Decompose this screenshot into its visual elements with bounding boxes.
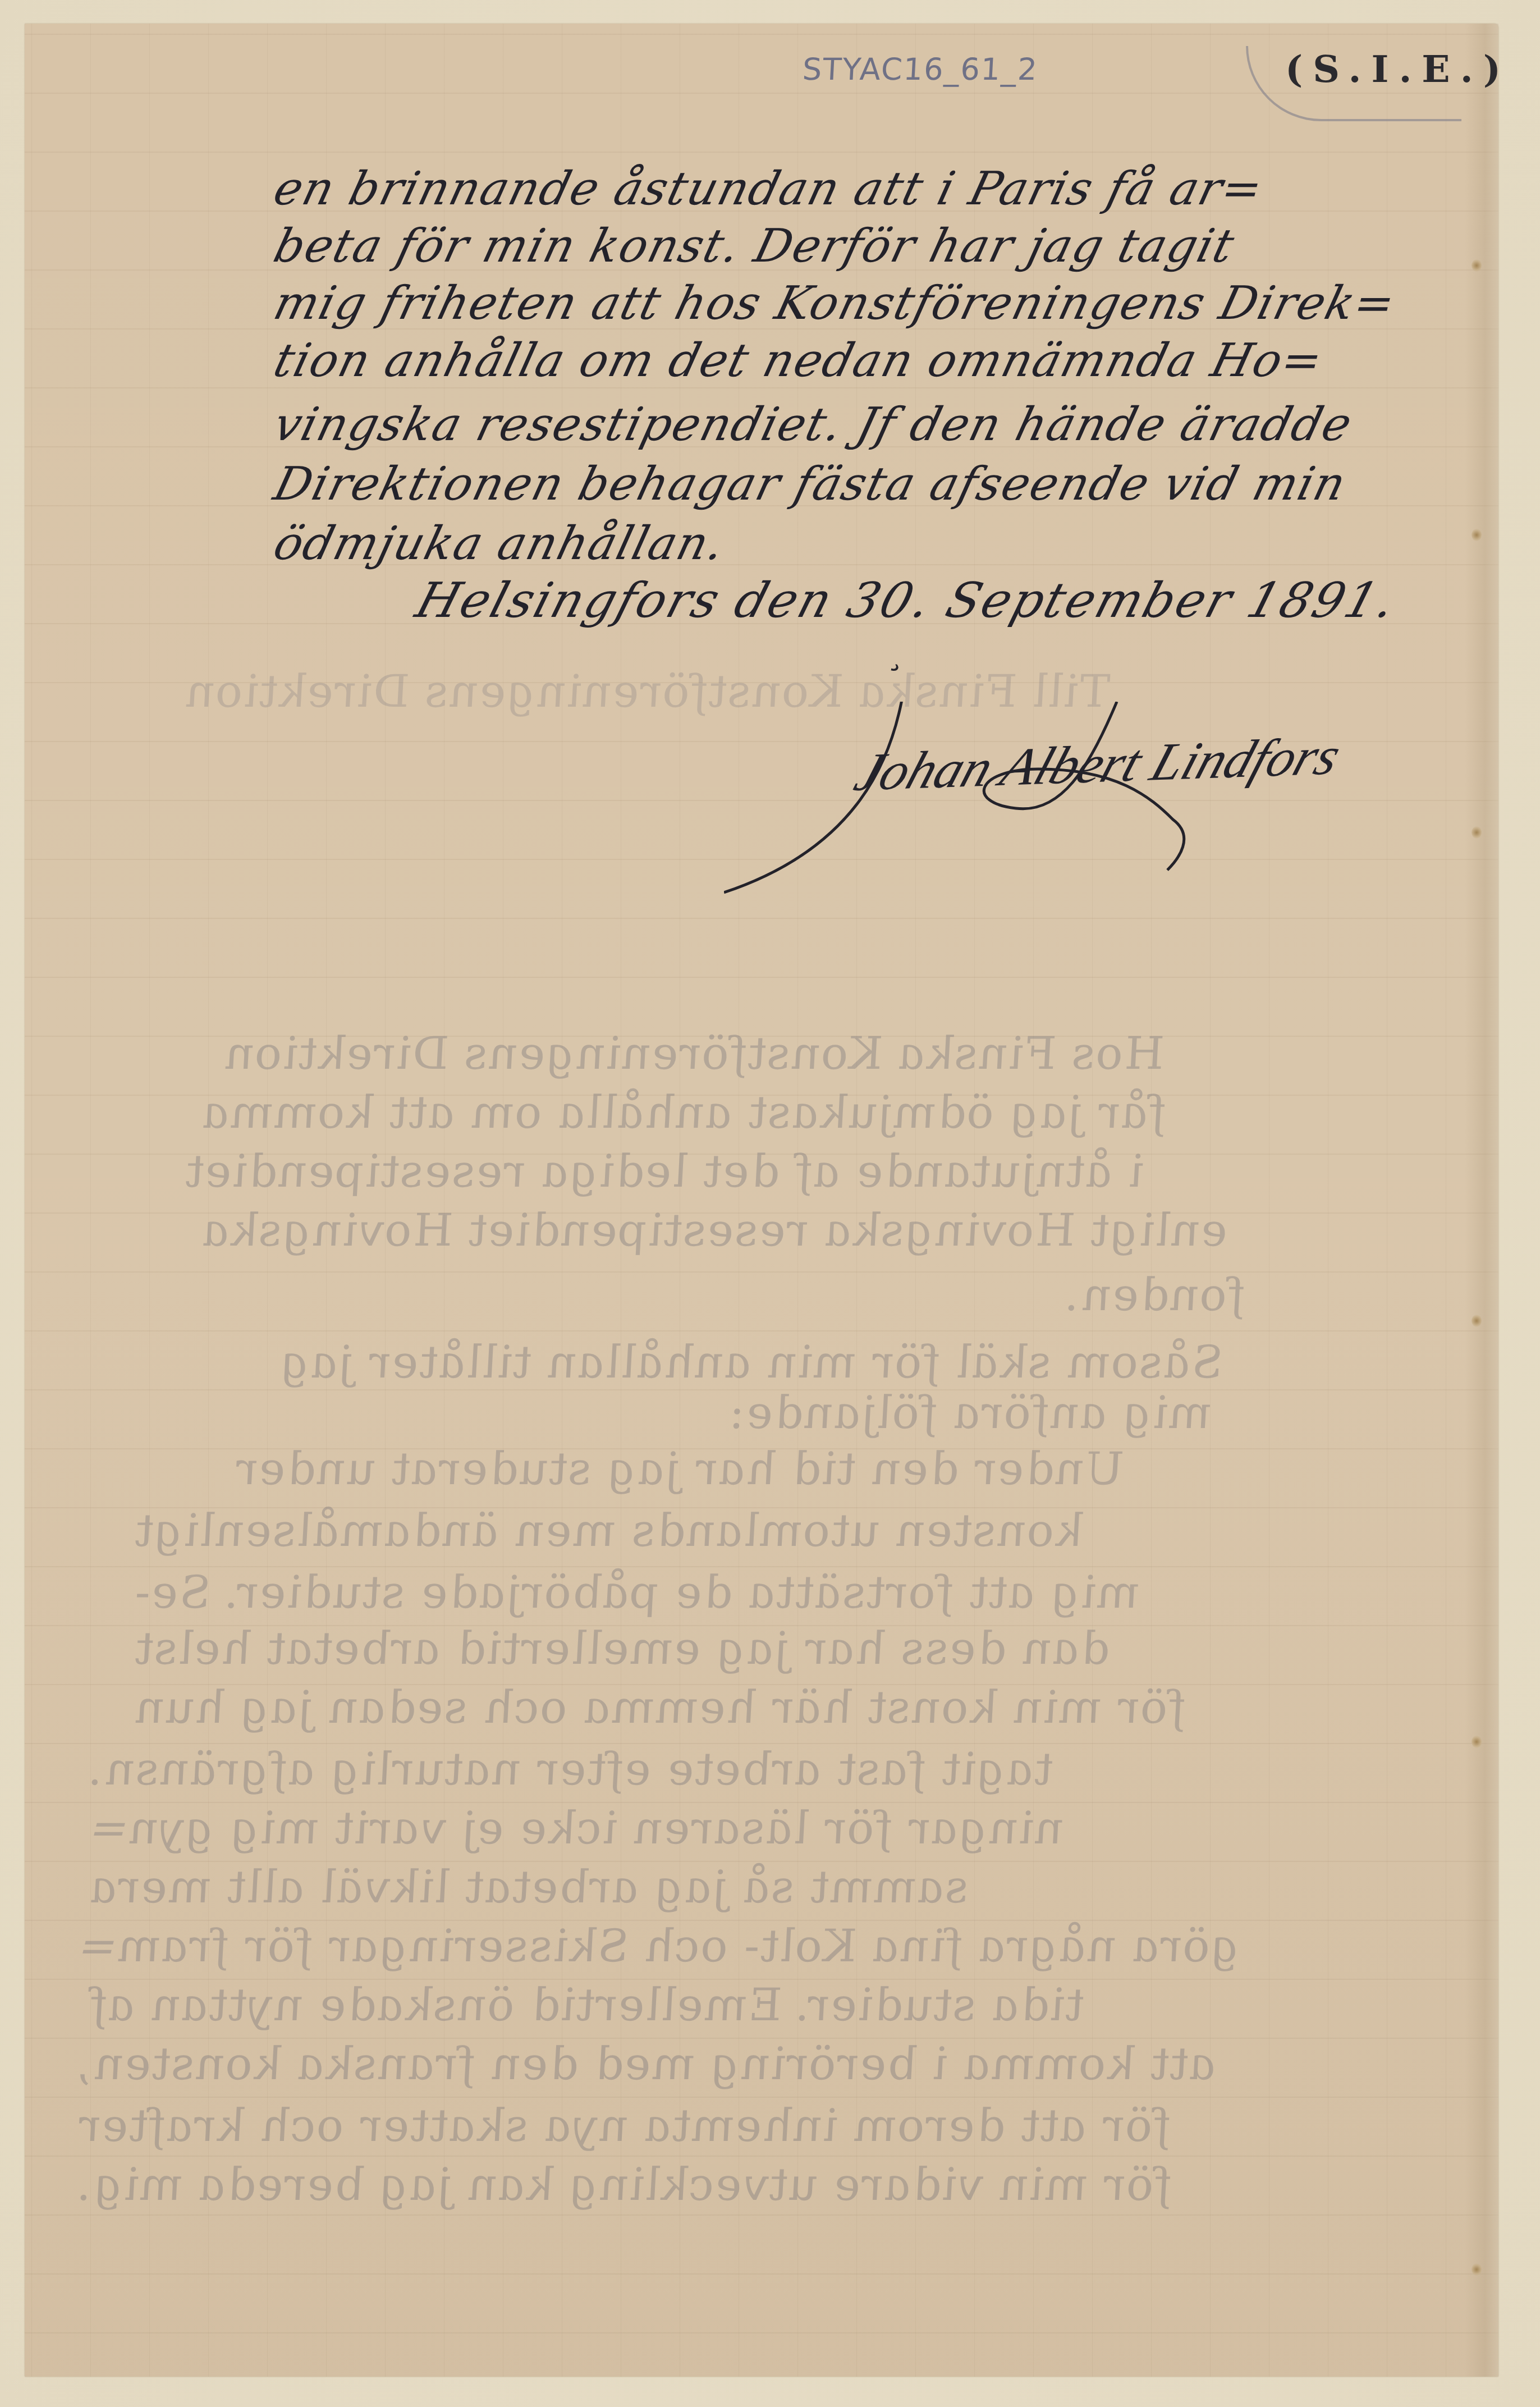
- bleed-through-line: Under den tid har jag studerat under: [229, 1443, 1130, 1495]
- binding-hole: [1472, 529, 1482, 541]
- binding-hole: [1472, 1736, 1482, 1748]
- letter-line: en brinnande åstundan att i Paris få ar=: [269, 166, 1268, 212]
- letter-line: tion anhålla om det nedan omnämnda Ho=: [269, 338, 1328, 384]
- bleed-through-line: för att derom inhemta nya skatter och kr…: [72, 2099, 1177, 2152]
- bleed-through-line: sammt så jag arbetat likväl allt mera: [83, 1861, 975, 1913]
- bleed-through-line: mig anföra följande:: [723, 1386, 1218, 1439]
- binding-hole: [1472, 826, 1482, 839]
- bleed-through-line: enligt Hovingska resestipendiet Hovingsk…: [195, 1204, 1234, 1256]
- bleed-through-line: får jag ödmjukast anhålla om att komma: [195, 1086, 1172, 1138]
- bleed-through-line: tida studier. Emellertid önskade nyttan …: [83, 1979, 1090, 2031]
- bleed-through-line: dan dess har jag emellertid arbetat hels…: [128, 1622, 1116, 1674]
- archive-stamp-mark: (S.I.E.): [1285, 47, 1511, 91]
- bleed-through-line: konsten utomlands men ändamålsenligt: [128, 1504, 1089, 1557]
- binding-hole: [1472, 2263, 1482, 2276]
- paper-right-edge: [1465, 24, 1498, 2377]
- bleed-through-line: att komma i beröring med den franska kon…: [72, 2038, 1223, 2090]
- bleed-through-line: mig att fortsätta de påbörjade studier. …: [128, 1566, 1146, 1618]
- bleed-through-line: fonden.: [1060, 1269, 1252, 1321]
- letter-line: Direktionen behagar fästa afseende vid m…: [269, 461, 1351, 507]
- archive-reference-code: STYAC16_61_2: [801, 52, 1039, 87]
- bleed-through-line: göra några fina Kolt- och Skisseringar f…: [72, 1920, 1247, 1972]
- bleed-through-line: för min vidare utveckling kan jag bereda…: [72, 2158, 1178, 2211]
- bleed-through-line: Hos Finska Konstföreningens Direktion: [218, 1027, 1170, 1079]
- letter-line: vingska resestipendiet. Jf den hände ära…: [269, 402, 1357, 448]
- bleed-through-line: för min konst här hemma och sedan jag hu…: [128, 1681, 1192, 1733]
- letter-line: mig friheten att hos Konstföreningens Di…: [269, 281, 1400, 327]
- bleed-through-line: tagit fast arbete efter naturlig afgräns…: [83, 1743, 1060, 1795]
- bleed-through-line: i åtnjutande af det lediga resestipendie…: [178, 1145, 1150, 1197]
- signature-flourish: [724, 702, 1454, 926]
- binding-hole: [1472, 259, 1482, 272]
- binding-hole: [1472, 1315, 1482, 1327]
- place-and-date: Helsingfors den 30. September 1891.: [410, 573, 1404, 629]
- letter-line: ödmjuka anhållan.: [269, 521, 730, 567]
- letter-line: beta för min konst. Derför har jag tagit: [269, 223, 1239, 269]
- bleed-through-line: Såsom skäl för min anhållan tillåter jag: [274, 1336, 1229, 1388]
- bleed-through-line: ningar för läsaren icke ej varit mig gyn…: [83, 1802, 1070, 1854]
